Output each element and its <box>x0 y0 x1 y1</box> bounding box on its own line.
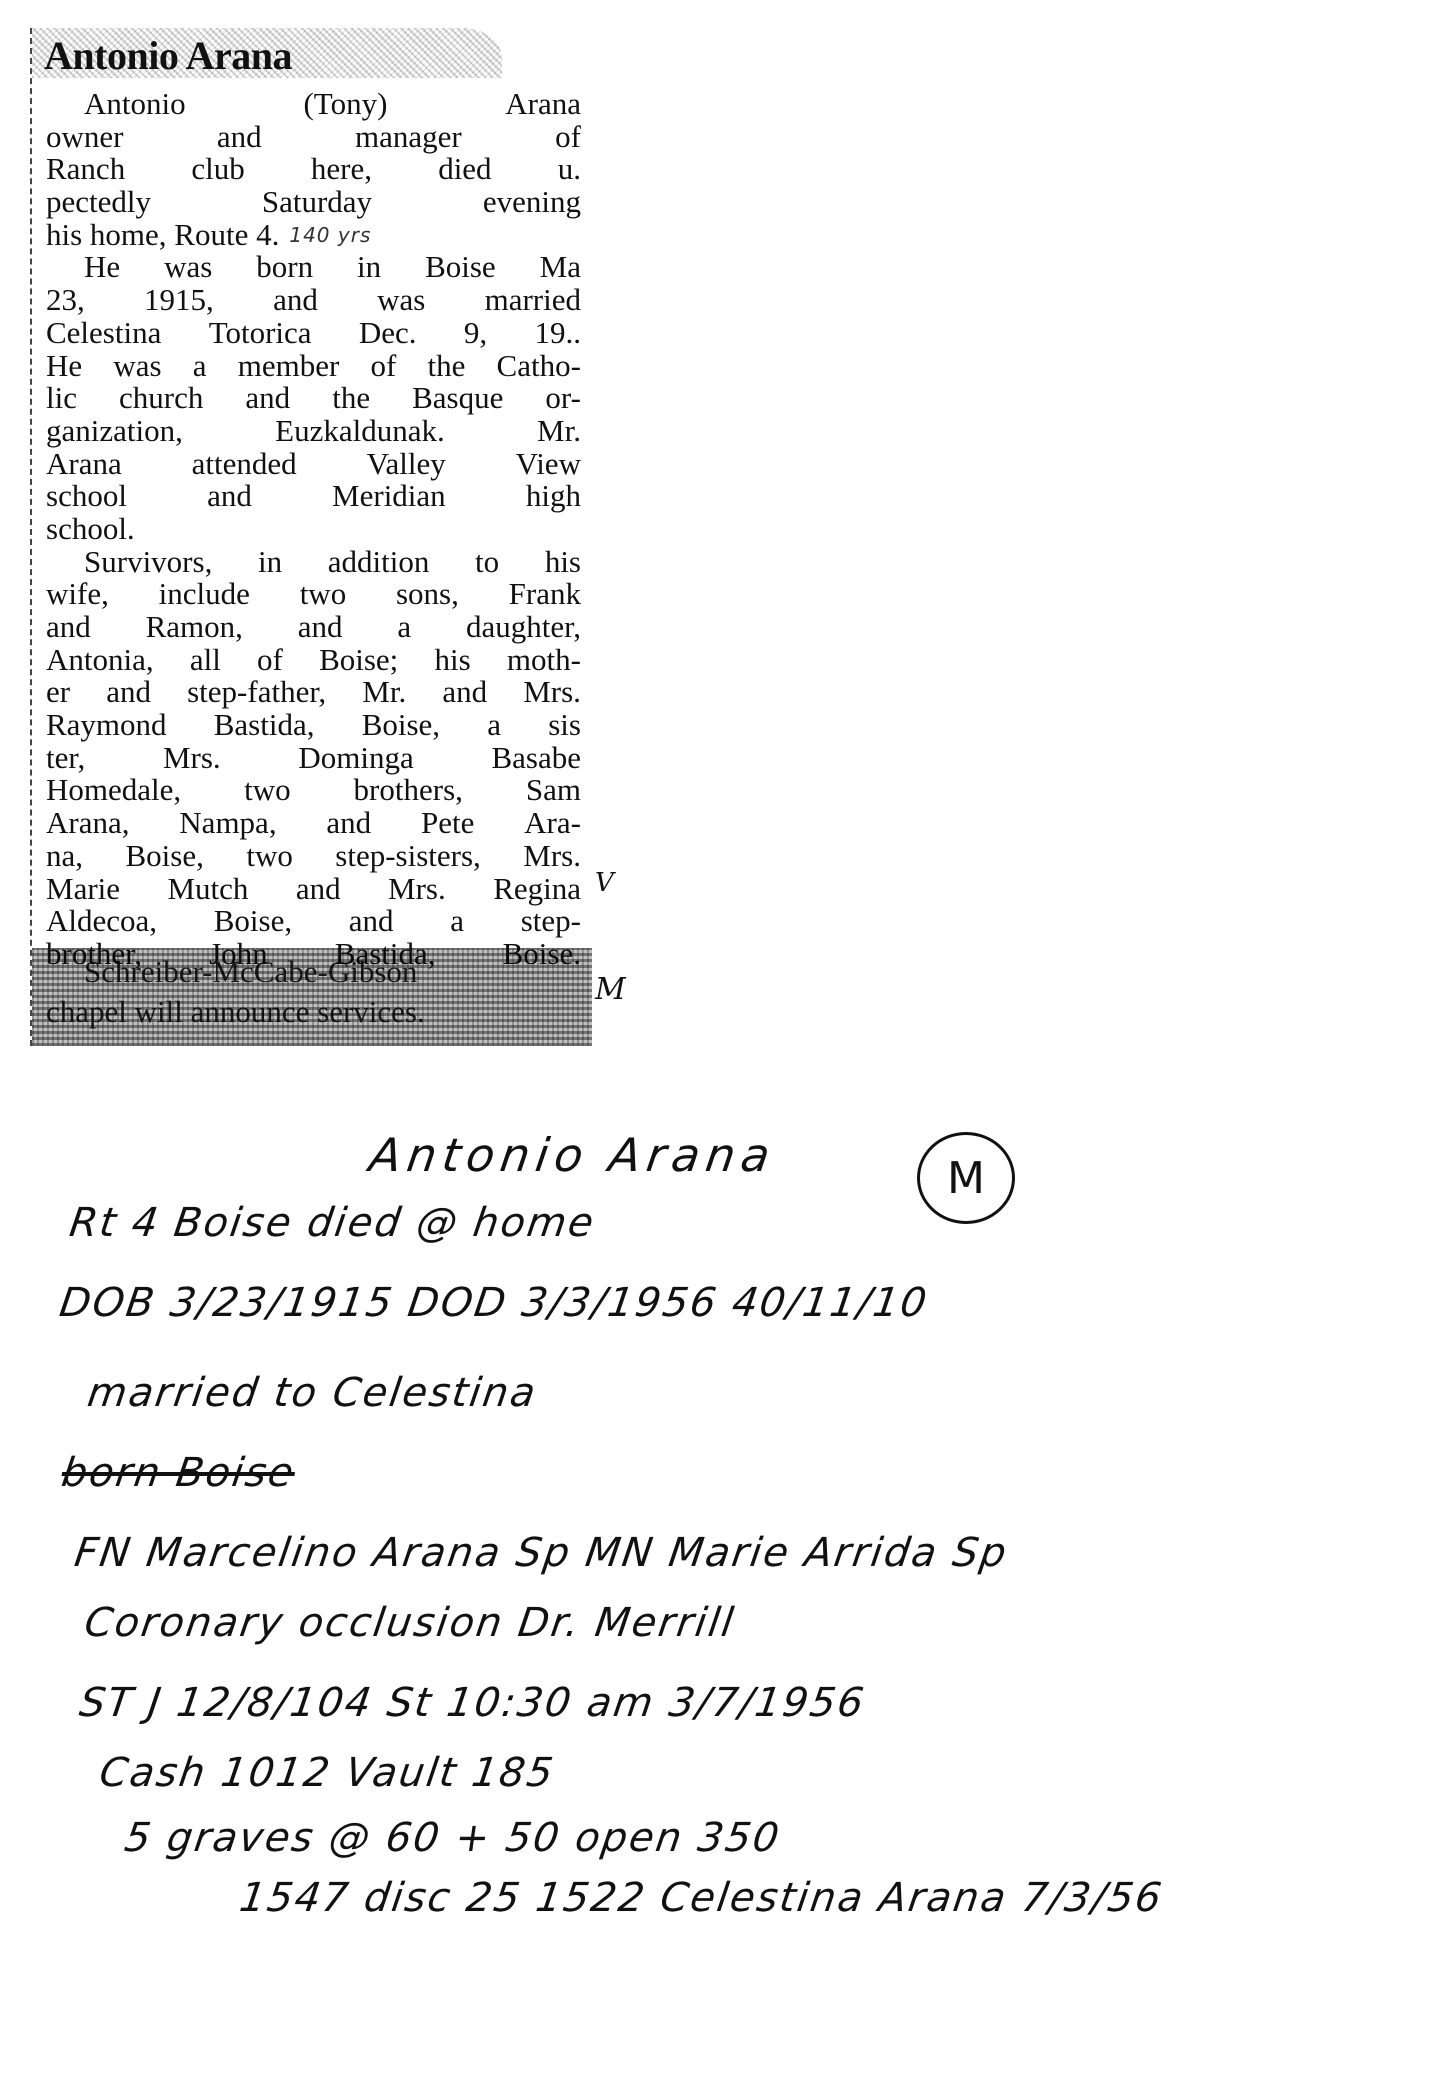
circled-m-letter: M <box>947 1153 985 1204</box>
obituary-clipping: Antonio Arana Antonio(Tony)Aranaownerand… <box>30 28 592 1046</box>
notes-line-cause: Coronary occlusion Dr. Merrill <box>82 1600 738 1646</box>
obituary-line: erandstep-father,Mr.andMrs. <box>46 676 581 709</box>
obituary-line: Ranchclubhere,diedu. <box>46 153 581 186</box>
obituary-line: 23,1915,andwasmarried <box>46 284 581 317</box>
margin-mark-m: M <box>595 972 626 1007</box>
obituary-line: licchurchandtheBasqueor- <box>46 382 581 415</box>
obituary-line: RaymondBastida,Boise,asis <box>46 709 581 742</box>
obituary-line: CelestinaTotoricaDec.9,19.. <box>46 317 581 350</box>
notes-line-dates: DOB 3/23/1915 DOD 3/3/1956 40/11/10 <box>57 1280 932 1326</box>
notes-line-parents: FN Marcelino Arana Sp MN Marie Arrida Sp <box>72 1530 1011 1576</box>
margin-mark-v: V <box>595 868 614 898</box>
obituary-line: school. <box>46 513 581 546</box>
obituary-line: Antonio(Tony)Arana <box>46 88 581 121</box>
obituary-line: Arana,Nampa,andPeteAra- <box>46 807 581 840</box>
obituary-line: HewasamemberoftheCatho- <box>46 350 581 383</box>
notes-line-total: 1547 disc 25 1522 Celestina Arana 7/3/56 <box>237 1875 1166 1921</box>
obituary-line: ter,Mrs.DomingaBasabe <box>46 742 581 775</box>
obituary-line: na,Boise,twostep-sisters,Mrs. <box>46 840 581 873</box>
obituary-line: HewasborninBoiseMa <box>46 251 581 284</box>
obituary-line-text: school. <box>46 513 135 546</box>
obituary-line: Antonia,allofBoise;hismoth- <box>46 644 581 677</box>
notes-line-cash: Cash 1012 Vault 185 <box>97 1750 558 1796</box>
notes-line-residence: Rt 4 Boise died @ home <box>67 1200 598 1246</box>
notes-line-burial: ST J 12/8/104 St 10:30 am 3/7/1956 <box>77 1680 868 1726</box>
obituary-line: AranaattendedValleyView <box>46 448 581 481</box>
clipping-header: Antonio Arana <box>32 28 502 78</box>
notes-line-married: married to Celestina <box>85 1370 540 1416</box>
obituary-line: andRamon,andadaughter, <box>46 611 581 644</box>
obituary-line: pectedlySaturdayevening <box>46 186 581 219</box>
obituary-line: ownerandmanagerof <box>46 121 581 154</box>
handwritten-annotation: 140 yrs <box>289 219 371 252</box>
clipping-footer-smudge: Schreiber-McCabe-Gibson chapel will anno… <box>32 948 592 1046</box>
obituary-line: MarieMutchandMrs.Regina <box>46 873 581 906</box>
obituary-line: Homedale,twobrothers,Sam <box>46 774 581 807</box>
circled-m-mark: M <box>917 1132 1015 1224</box>
obituary-line: Aldecoa,Boise,andastep- <box>46 905 581 938</box>
obituary-line: wife,includetwosons,Frank <box>46 578 581 611</box>
obituary-headline: Antonio Arana <box>44 32 292 79</box>
obituary-line: Survivors,inadditiontohis <box>46 546 581 579</box>
notes-line-graves: 5 graves @ 60 + 50 open 350 <box>122 1815 784 1861</box>
notes-title: Antonio Arana <box>366 1128 779 1182</box>
footer-line-1: Schreiber-McCabe-Gibson <box>46 954 619 990</box>
obituary-line-text: his home, Route 4. <box>46 219 279 252</box>
obituary-body: Antonio(Tony)AranaownerandmanagerofRanch… <box>46 88 581 971</box>
notes-line-born: born Boise <box>59 1450 298 1496</box>
obituary-line: his home, Route 4.140 yrs <box>46 219 581 252</box>
footer-line-2: chapel will announce services. <box>46 994 581 1030</box>
obituary-line: ganization,Euzkaldunak.Mr. <box>46 415 581 448</box>
obituary-line: schoolandMeridianhigh <box>46 480 581 513</box>
